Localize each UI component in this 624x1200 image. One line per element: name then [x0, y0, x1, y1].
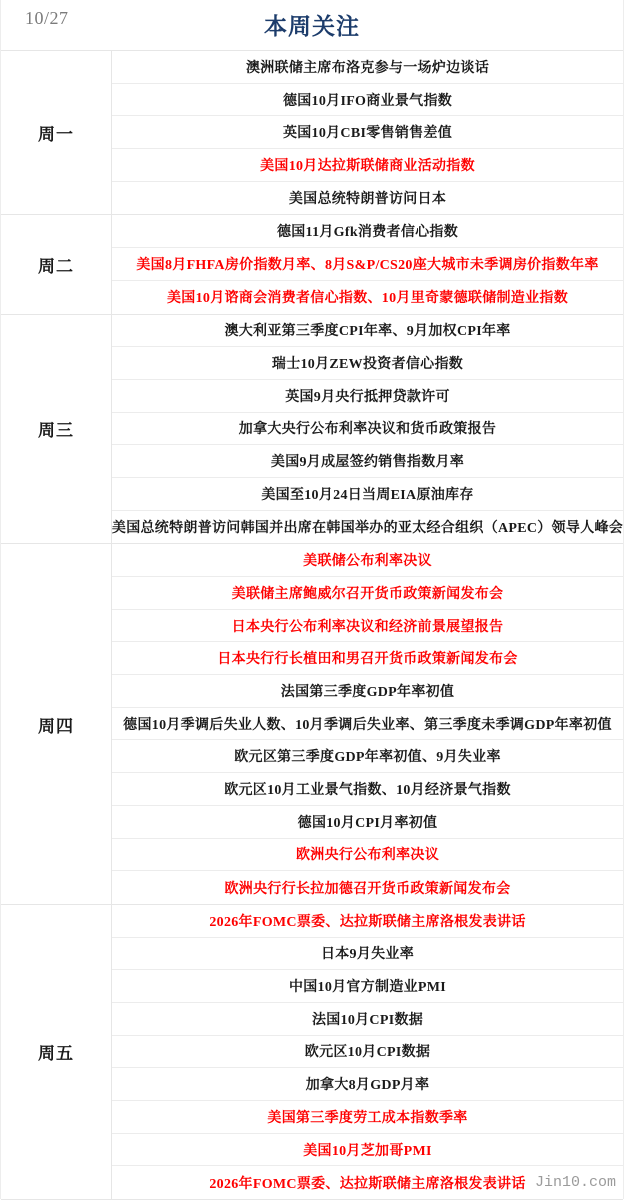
- event-text: 日本央行公布利率决议和经济前景展望报告: [232, 616, 504, 636]
- event-text: 欧洲央行行长拉加德召开货币政策新闻发布会: [225, 878, 511, 898]
- event-text: 加拿大8月GDP月率: [306, 1074, 430, 1094]
- day-section: 周一澳洲联储主席布洛克参与一场炉边谈话德国10月IFO商业景气指数英国10月CB…: [1, 51, 623, 215]
- event-text: 日本9月失业率: [321, 943, 414, 963]
- event-text: 美国总统特朗普访问日本: [289, 188, 446, 208]
- day-label: 周二: [1, 215, 112, 313]
- event-text: 欧元区第三季度GDP年率初值、9月失业率: [234, 746, 501, 766]
- event-row: 美国总统特朗普访问韩国并出席在韩国举办的亚太经合组织（APEC）领导人峰会: [112, 511, 623, 544]
- event-row: 美联储公布利率决议: [112, 544, 623, 577]
- event-row: 瑞士10月ZEW投资者信心指数: [112, 347, 623, 380]
- event-text: 美国8月FHFA房价指数月率、8月S&P/CS20座大城市未季调房价指数年率: [136, 254, 598, 274]
- day-label: 周四: [1, 544, 112, 904]
- day-section: 周四美联储公布利率决议美联储主席鲍威尔召开货币政策新闻发布会日本央行公布利率决议…: [1, 544, 623, 905]
- event-row: 德国10月CPI月率初值: [112, 806, 623, 839]
- event-text: 2026年FOMC票委、达拉斯联储主席洛根发表讲话: [209, 1173, 525, 1193]
- event-text: 美国10月谘商会消费者信心指数、10月里奇蒙德联储制造业指数: [167, 287, 568, 307]
- event-text: 欧元区10月工业景气指数、10月经济景气指数: [224, 779, 511, 799]
- event-row: 美国9月成屋签约销售指数月率: [112, 445, 623, 478]
- event-text: 美联储公布利率决议: [303, 550, 432, 570]
- event-row: 法国第三季度GDP年率初值: [112, 675, 623, 708]
- event-row: 日本央行行长植田和男召开货币政策新闻发布会: [112, 642, 623, 675]
- event-row: 加拿大8月GDP月率: [112, 1068, 623, 1101]
- event-text: 德国10月IFO商业景气指数: [283, 90, 452, 110]
- event-row: 美国至10月24日当周EIA原油库存: [112, 478, 623, 511]
- day-section: 周三澳大利亚第三季度CPI年率、9月加权CPI年率瑞士10月ZEW投资者信心指数…: [1, 315, 623, 545]
- page-title: 本周关注: [1, 8, 623, 41]
- event-text: 美国10月芝加哥PMI: [303, 1140, 432, 1160]
- day-label: 周一: [1, 51, 112, 214]
- event-text: 德国10月季调后失业人数、10月季调后失业率、第三季度未季调GDP年率初值: [123, 714, 612, 734]
- event-text: 瑞士10月ZEW投资者信心指数: [272, 353, 463, 373]
- event-row: 美国10月芝加哥PMI: [112, 1134, 623, 1167]
- weekly-focus-table: 周一澳洲联储主席布洛克参与一场炉边谈话德国10月IFO商业景气指数英国10月CB…: [1, 51, 623, 1200]
- event-row: 欧洲央行行长拉加德召开货币政策新闻发布会: [112, 871, 623, 904]
- event-text: 中国10月官方制造业PMI: [289, 976, 446, 996]
- event-row: 英国10月CBI零售销售差值: [112, 116, 623, 149]
- event-row: 欧元区10月工业景气指数、10月经济景气指数: [112, 773, 623, 806]
- event-row: 德国10月季调后失业人数、10月季调后失业率、第三季度未季调GDP年率初值: [112, 708, 623, 741]
- event-row: 日本央行公布利率决议和经济前景展望报告: [112, 610, 623, 643]
- event-row: 欧洲央行公布利率决议: [112, 839, 623, 872]
- event-row: 德国11月Gfk消费者信心指数: [112, 215, 623, 248]
- event-text: 澳洲联储主席布洛克参与一场炉边谈话: [246, 57, 489, 77]
- event-text: 美国10月达拉斯联储商业活动指数: [260, 155, 475, 175]
- event-text: 澳大利亚第三季度CPI年率、9月加权CPI年率: [224, 320, 510, 340]
- event-row: 美国10月达拉斯联储商业活动指数: [112, 149, 623, 182]
- day-section: 周二德国11月Gfk消费者信心指数美国8月FHFA房价指数月率、8月S&P/CS…: [1, 215, 623, 314]
- event-row: 加拿大央行公布利率决议和货币政策报告: [112, 413, 623, 446]
- event-row: 美国8月FHFA房价指数月率、8月S&P/CS20座大城市未季调房价指数年率: [112, 248, 623, 281]
- day-section: 周五2026年FOMC票委、达拉斯联储主席洛根发表讲话日本9月失业率中国10月官…: [1, 905, 623, 1200]
- event-rows: 澳洲联储主席布洛克参与一场炉边谈话德国10月IFO商业景气指数英国10月CBI零…: [112, 51, 623, 214]
- event-text: 美国第三季度劳工成本指数季率: [267, 1107, 467, 1127]
- event-text: 美国9月成屋签约销售指数月率: [271, 451, 464, 471]
- event-text: 法国10月CPI数据: [312, 1009, 423, 1029]
- event-row: 欧元区10月CPI数据: [112, 1036, 623, 1069]
- event-text: 英国9月央行抵押贷款许可: [285, 386, 450, 406]
- event-row: 美国10月谘商会消费者信心指数、10月里奇蒙德联储制造业指数: [112, 281, 623, 314]
- event-text: 美国总统特朗普访问韩国并出席在韩国举办的亚太经合组织（APEC）领导人峰会: [112, 517, 623, 537]
- event-row: 澳大利亚第三季度CPI年率、9月加权CPI年率: [112, 315, 623, 348]
- event-row: 德国10月IFO商业景气指数: [112, 84, 623, 117]
- event-rows: 2026年FOMC票委、达拉斯联储主席洛根发表讲话日本9月失业率中国10月官方制…: [112, 905, 623, 1199]
- event-row: 美国第三季度劳工成本指数季率: [112, 1101, 623, 1134]
- event-row: 澳洲联储主席布洛克参与一场炉边谈话: [112, 51, 623, 84]
- event-text: 法国第三季度GDP年率初值: [281, 681, 454, 701]
- event-text: 德国11月Gfk消费者信心指数: [277, 221, 458, 241]
- event-text: 日本央行行长植田和男召开货币政策新闻发布会: [217, 648, 517, 668]
- event-rows: 美联储公布利率决议美联储主席鲍威尔召开货币政策新闻发布会日本央行公布利率决议和经…: [112, 544, 623, 904]
- event-rows: 德国11月Gfk消费者信心指数美国8月FHFA房价指数月率、8月S&P/CS20…: [112, 215, 623, 313]
- event-text: 欧洲央行公布利率决议: [296, 844, 439, 864]
- event-row: 中国10月官方制造业PMI: [112, 970, 623, 1003]
- event-text: 美联储主席鲍威尔召开货币政策新闻发布会: [232, 583, 504, 603]
- jin10-watermark: Jin10.com: [535, 1174, 616, 1191]
- day-label: 周五: [1, 905, 112, 1199]
- event-text: 德国10月CPI月率初值: [298, 812, 438, 832]
- event-row: 日本9月失业率: [112, 938, 623, 971]
- event-text: 2026年FOMC票委、达拉斯联储主席洛根发表讲话: [209, 911, 525, 931]
- event-row: 美国总统特朗普访问日本: [112, 182, 623, 215]
- event-text: 美国至10月24日当周EIA原油库存: [261, 484, 473, 504]
- event-text: 英国10月CBI零售销售差值: [283, 122, 452, 142]
- event-rows: 澳大利亚第三季度CPI年率、9月加权CPI年率瑞士10月ZEW投资者信心指数英国…: [112, 315, 623, 544]
- weekly-focus-page: 10/27 本周关注 周一澳洲联储主席布洛克参与一场炉边谈话德国10月IFO商业…: [0, 0, 624, 1199]
- event-row: 2026年FOMC票委、达拉斯联储主席洛根发表讲话: [112, 905, 623, 938]
- event-row: 美联储主席鲍威尔召开货币政策新闻发布会: [112, 577, 623, 610]
- page-header: 10/27 本周关注: [1, 0, 623, 51]
- event-row: 英国9月央行抵押贷款许可: [112, 380, 623, 413]
- event-text: 欧元区10月CPI数据: [305, 1041, 430, 1061]
- event-row: 欧元区第三季度GDP年率初值、9月失业率: [112, 740, 623, 773]
- event-row: 法国10月CPI数据: [112, 1003, 623, 1036]
- event-text: 加拿大央行公布利率决议和货币政策报告: [239, 418, 496, 438]
- day-label: 周三: [1, 315, 112, 544]
